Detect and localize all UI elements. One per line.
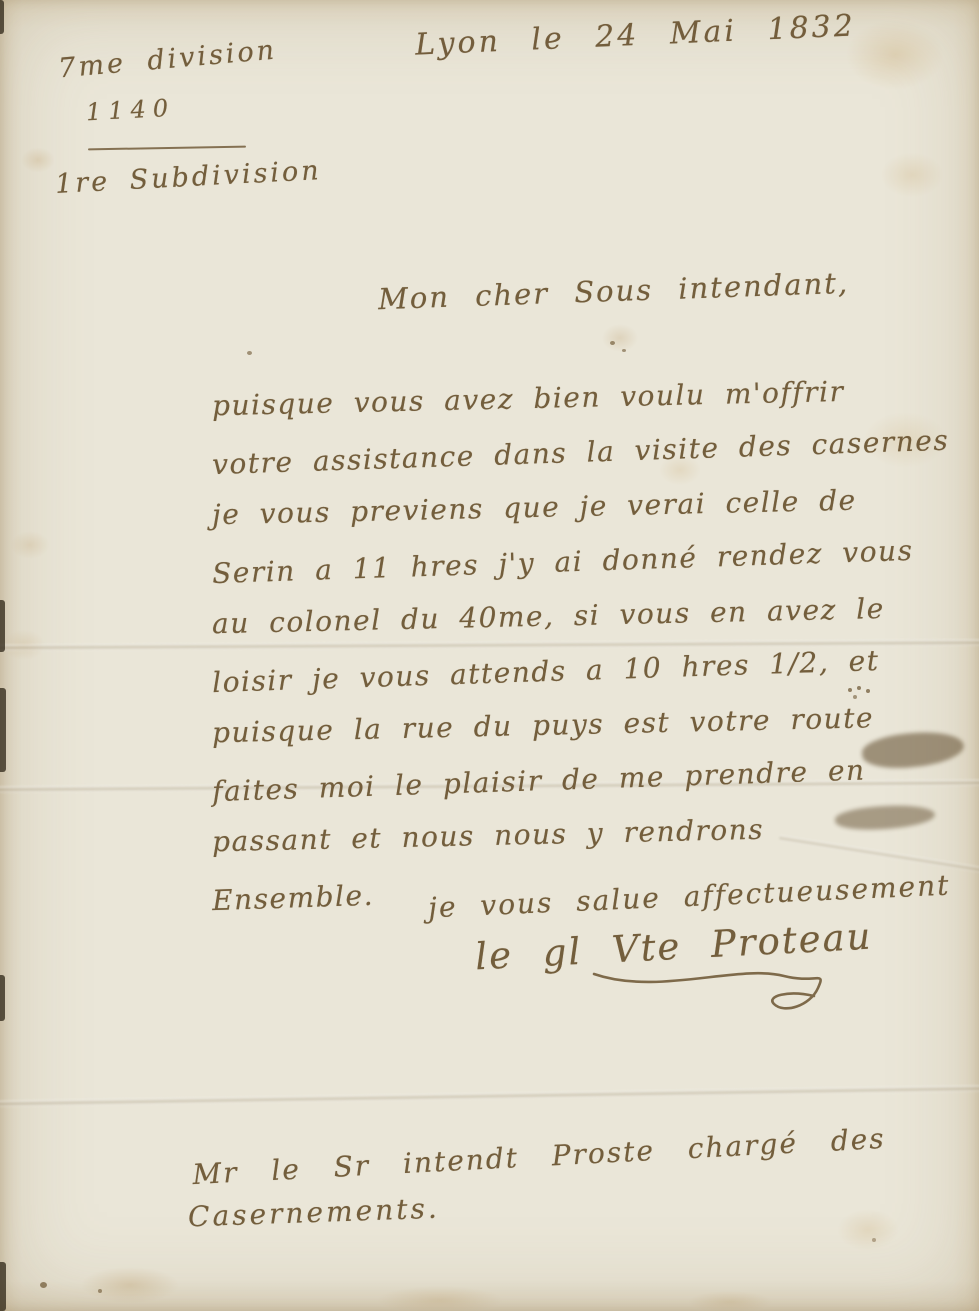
ink-speck [610,341,615,345]
dateline: Lyon le 24 Mai 1832 [414,8,856,62]
header-subdivision: 1re Subdivision [54,155,322,200]
ink-speck [872,1238,876,1242]
ink-speck [98,1289,102,1293]
footer-addressee-line2: Casernements. [188,1192,441,1234]
scan-edge-shadow [0,688,6,772]
footer-addressee: Mr le Sr intendt Proste chargé des [192,1122,887,1191]
header-division: 7me division [57,35,278,85]
header-underline [88,146,246,151]
salutation: Mon cher Sous intendant, [378,266,850,316]
signature-flourish [588,962,838,1020]
letter-scan: Lyon le 24 Mai 1832 7me division 1140 1r… [0,0,979,1311]
scan-edge-shadow [0,600,5,652]
ink-speck [622,349,626,352]
scan-edge-shadow [0,1262,6,1311]
ink-speck [40,1282,47,1288]
signature: le gl Vte Proteau [474,915,873,979]
header-number: 1140 [85,94,175,127]
fold-crease [0,1085,979,1107]
ink-speck [247,351,252,355]
letter-body: puisque vous avez bien voulu m'offrir vo… [212,371,942,916]
scan-edge-shadow [0,0,4,34]
scan-edge-shadow [0,975,5,1021]
